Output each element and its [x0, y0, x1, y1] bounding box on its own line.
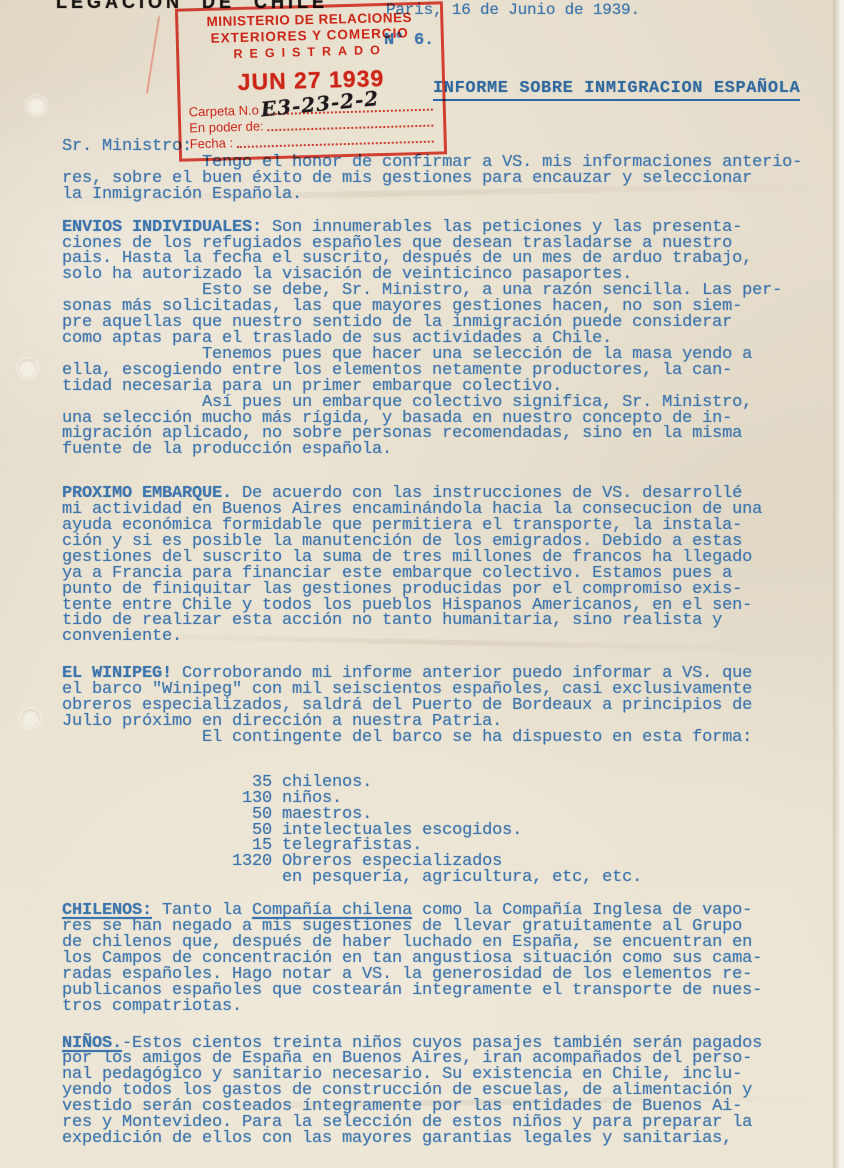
paragraph-text: como la Compañía Inglesa de vapo- res se…	[62, 901, 762, 1015]
stamp-carpeta-label: Carpeta N.o	[189, 102, 259, 119]
paragraph-proximo-embarque: PROXIMO EMBARQUE. De acuerdo con las ins…	[62, 486, 814, 645]
stamp-fecha-label: Fecha :	[189, 135, 233, 151]
paragraph-envios-individuales: ENVIOS INDIVIDUALES: Son innumerables la…	[62, 220, 814, 459]
punch-hole	[21, 709, 40, 728]
stamp-poder-label: En poder de:	[189, 118, 264, 135]
paragraph-chilenos: CHILENOS: Tanto la Compañía chilena como…	[62, 903, 814, 1014]
punch-hole	[27, 96, 46, 115]
paragraph-ninos: NIÑOS.-Estos cientos treinta niños cuyos…	[62, 1036, 814, 1147]
paragraph-text: Son innumerables las peticiones y las pr…	[62, 218, 782, 460]
paragraph-text: De acuerdo con las instrucciones de VS. …	[62, 484, 762, 646]
paragraph-text: -Estos cientos treinta niños cuyos pasaj…	[62, 1034, 762, 1148]
contingent-list: 35 chilenos. 130 niños. 50 maestros. 50 …	[62, 775, 814, 886]
registry-stamp: MINISTERIO DE RELACIONES EXTERIORES Y CO…	[175, 1, 447, 161]
photo-edge	[833, 0, 844, 1168]
letter-body: Sr. Ministro: Tengo el honor de confirma…	[62, 139, 814, 1147]
contingent-list-lines: 35 chilenos. 130 niños. 50 maestros. 50 …	[62, 773, 642, 887]
scanned-letter-page: LEGACION DE CHILE MINISTERIO DE RELACION…	[0, 0, 844, 1168]
punch-hole	[18, 359, 37, 378]
report-title: INFORME SOBRE INMIGRACION ESPAÑOLA	[433, 81, 800, 101]
paragraph-el-winipeg: EL WINIPEG! Corroborando mi informe ante…	[62, 666, 814, 746]
stamp-ghost-mark	[146, 16, 160, 93]
